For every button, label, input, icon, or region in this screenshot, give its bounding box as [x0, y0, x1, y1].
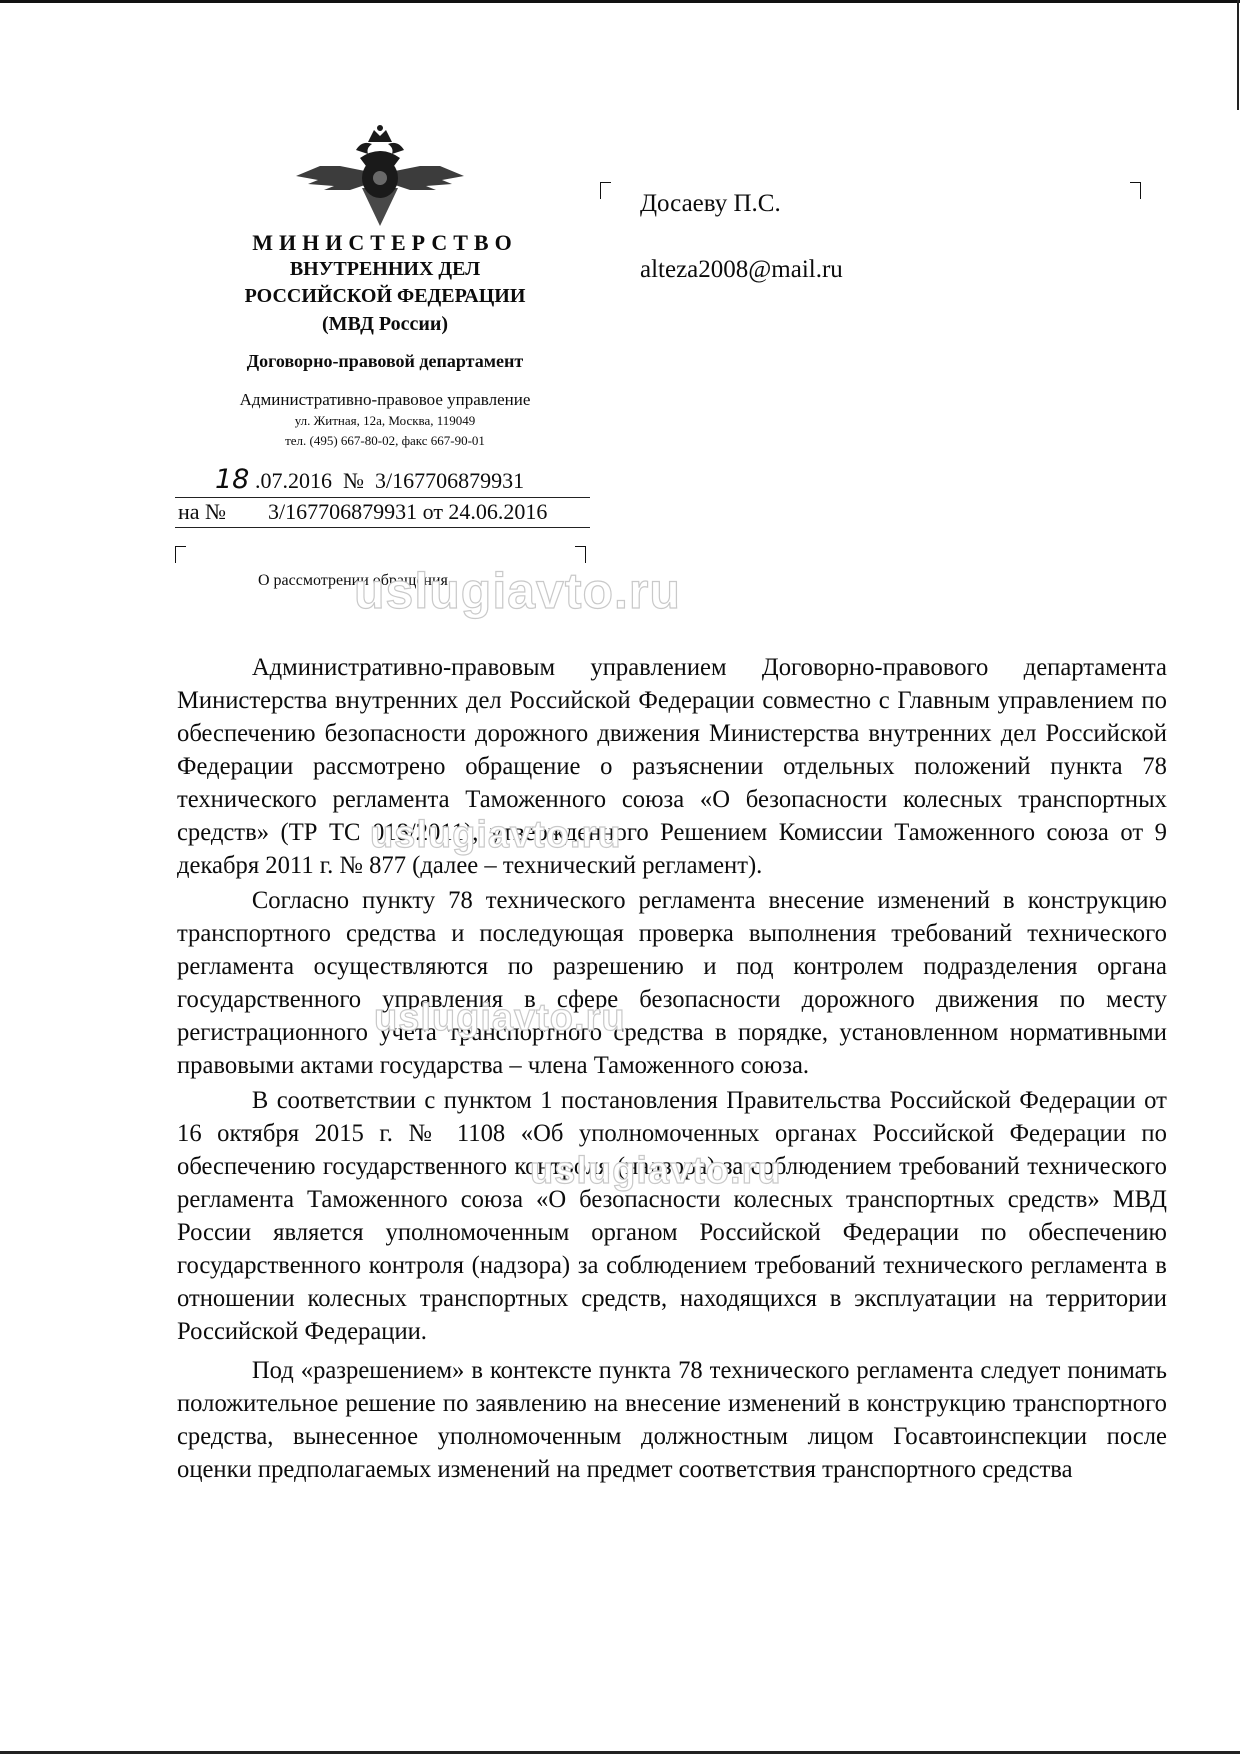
- recipient-name: Досаеву П.С.: [640, 190, 781, 218]
- ministry-title-line-3: РОССИЙСКОЙ ФЕДЕРАЦИИ: [170, 285, 600, 308]
- outgoing-date-number: .07.2016 № 3/167706879931: [255, 468, 524, 494]
- ministry-title-abbrev: (МВД России): [170, 313, 600, 336]
- sender-address: ул. Житная, 12а, Москва, 119049: [170, 413, 600, 429]
- watermark: uslugiavto.ru: [354, 562, 681, 620]
- body-paragraph: Административно-правовым управлением Дог…: [177, 651, 1167, 882]
- department-name: Договорно-правовой департамент: [170, 351, 600, 372]
- recipient-email: alteza2008@mail.ru: [640, 256, 843, 284]
- sender-phone-fax: тел. (495) 667-80-02, факс 667-90-01: [170, 433, 600, 449]
- scan-border-top: [0, 0, 1240, 3]
- subject-corner-bracket-right: [575, 546, 586, 563]
- ministry-title-line-1: МИНИСТЕРСТВО: [170, 230, 600, 256]
- number-sign: №: [343, 468, 364, 493]
- divider: [175, 497, 590, 498]
- divider: [175, 527, 590, 528]
- division-name: Административно-правовое управление: [170, 390, 600, 410]
- handwritten-day: 18: [215, 464, 249, 495]
- recipient-corner-bracket-right: [1130, 182, 1141, 199]
- outgoing-date: .07.2016: [255, 468, 332, 493]
- recipient-corner-bracket-left: [600, 182, 611, 199]
- scan-border-right: [1237, 0, 1239, 110]
- letter-body: Административно-правовым управлением Дог…: [177, 651, 1167, 1486]
- reply-reference-value: 3/167706879931 от 24.06.2016: [268, 499, 547, 525]
- ministry-title-line-2: ВНУТРЕННИХ ДЕЛ: [170, 258, 600, 281]
- outgoing-number: 3/167706879931: [375, 468, 524, 493]
- reply-label: на №: [178, 499, 226, 525]
- body-paragraph: В соответствии с пунктом 1 постановления…: [177, 1084, 1167, 1348]
- mvd-eagle-emblem-icon: [290, 122, 470, 230]
- body-paragraph: Согласно пункту 78 технического регламен…: [177, 884, 1167, 1082]
- body-paragraph: Под «разрешением» в контексте пункта 78 …: [177, 1354, 1167, 1486]
- subject-corner-bracket-left: [175, 546, 186, 563]
- outgoing-registration: 18 .07.2016 № 3/167706879931: [175, 468, 590, 498]
- letter-subject: О рассмотрении обращения: [258, 572, 448, 590]
